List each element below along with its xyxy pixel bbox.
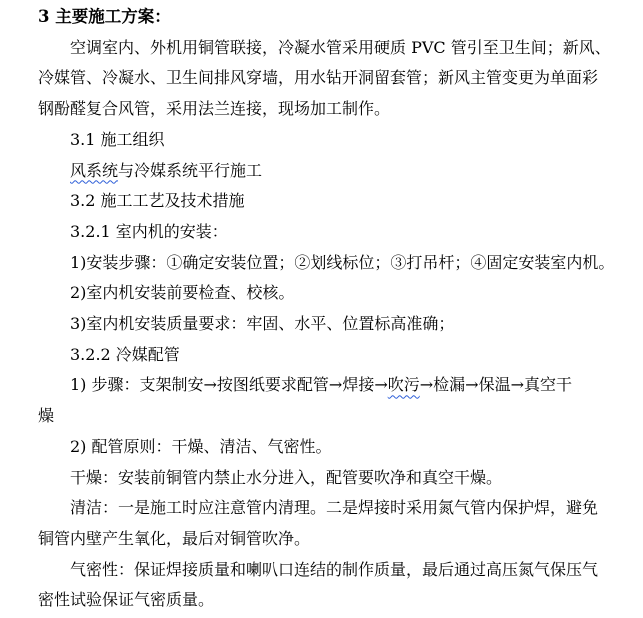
list-item-line: 1)安装步骤：①确定安装位置；②划线标位；③打吊杆；④固定安装室内机。 — [38, 248, 623, 279]
list-item-line: 2)室内机安装前要检查、校核。 — [38, 278, 623, 309]
misspelled-word: 风系统 — [70, 161, 118, 180]
paragraph-line: 气密性：保证焊接质量和喇叭口连结的制作质量，最后通过高压氮气保压气 — [38, 555, 623, 586]
paragraph-line: 干燥：安装前铜管内禁止水分进入，配管要吹净和真空干燥。 — [38, 463, 623, 494]
list-item-line: 2) 配管原则：干燥、清洁、气密性。 — [38, 432, 623, 463]
subsection-heading: 3.2.1 室内机的安装： — [38, 217, 623, 248]
text-segment: 3 主要施工方案： — [38, 7, 171, 26]
misspelled-word: 吹污 — [388, 375, 420, 394]
paragraph-line: 风系统与冷媒系统平行施工 — [38, 156, 623, 187]
text-segment: 2) 配管原则：干燥、清洁、气密性。 — [70, 437, 332, 456]
paragraph-line: 清洁：一是施工时应注意管内清理。二是焊接时采用氮气管内保护焊，避免 — [38, 493, 623, 524]
paragraph-line: 冷媒管、冷凝水、卫生间排风穿墙，用水钻开洞留套管；新风主管变更为单面彩 — [38, 63, 623, 94]
text-segment: →检漏→保温→真空干 — [420, 375, 572, 394]
text-segment: 铜管内壁产生氧化，最后对铜管吹净。 — [38, 529, 310, 548]
text-segment: 钢酚醛复合风管，采用法兰连接，现场加工制作。 — [38, 99, 390, 118]
text-segment: 3)室内机安装质量要求：牢固、水平、位置标高准确； — [70, 314, 454, 333]
text-segment: 1) 步骤：支架制安→按图纸要求配管→焊接→ — [70, 375, 388, 394]
document-page: 3 主要施工方案：空调室内、外机用铜管联接，冷凝水管采用硬质 PVC 管引至卫生… — [0, 0, 643, 618]
paragraph-line: 钢酚醛复合风管，采用法兰连接，现场加工制作。 — [38, 94, 623, 125]
text-segment: 与冷媒系统平行施工 — [118, 161, 262, 180]
text-segment: 冷媒管、冷凝水、卫生间排风穿墙，用水钻开洞留套管；新风主管变更为单面彩 — [38, 68, 598, 87]
text-segment: 清洁：一是施工时应注意管内清理。二是焊接时采用氮气管内保护焊，避免 — [70, 498, 598, 517]
paragraph-line: 燥 — [38, 401, 623, 432]
paragraph-line: 铜管内壁产生氧化，最后对铜管吹净。 — [38, 524, 623, 555]
paragraph-line: 空调室内、外机用铜管联接，冷凝水管采用硬质 PVC 管引至卫生间；新风、 — [38, 33, 623, 64]
section-heading: 3 主要施工方案： — [38, 2, 623, 33]
text-segment: 3.2 施工工艺及技术措施 — [70, 191, 245, 210]
text-segment: 3.1 施工组织 — [70, 130, 165, 149]
paragraph-line: 密性试验保证气密质量。 — [38, 585, 623, 616]
text-segment: 空调室内、外机用铜管联接，冷凝水管采用硬质 PVC 管引至卫生间；新风、 — [70, 38, 611, 57]
text-segment: 干燥：安装前铜管内禁止水分进入，配管要吹净和真空干燥。 — [70, 468, 502, 487]
subsection-heading: 3.2.2 冷媒配管 — [38, 340, 623, 371]
text-segment: 气密性：保证焊接质量和喇叭口连结的制作质量，最后通过高压氮气保压气 — [70, 560, 598, 579]
list-item-line: 1) 步骤：支架制安→按图纸要求配管→焊接→吹污→检漏→保温→真空干 — [38, 370, 623, 401]
list-item-line: 3)室内机安装质量要求：牢固、水平、位置标高准确； — [38, 309, 623, 340]
text-segment: 密性试验保证气密质量。 — [38, 590, 214, 609]
text-segment: 3.2.1 室内机的安装： — [70, 222, 228, 241]
subsection-heading: 3.1 施工组织 — [38, 125, 623, 156]
text-segment: 3.2.2 冷媒配管 — [70, 345, 180, 364]
text-segment: 燥 — [38, 406, 54, 425]
text-segment: 1)安装步骤：①确定安装位置；②划线标位；③打吊杆；④固定安装室内机。 — [70, 253, 614, 272]
text-segment: 2)室内机安装前要检查、校核。 — [70, 283, 294, 302]
subsection-heading: 3.2 施工工艺及技术措施 — [38, 186, 623, 217]
